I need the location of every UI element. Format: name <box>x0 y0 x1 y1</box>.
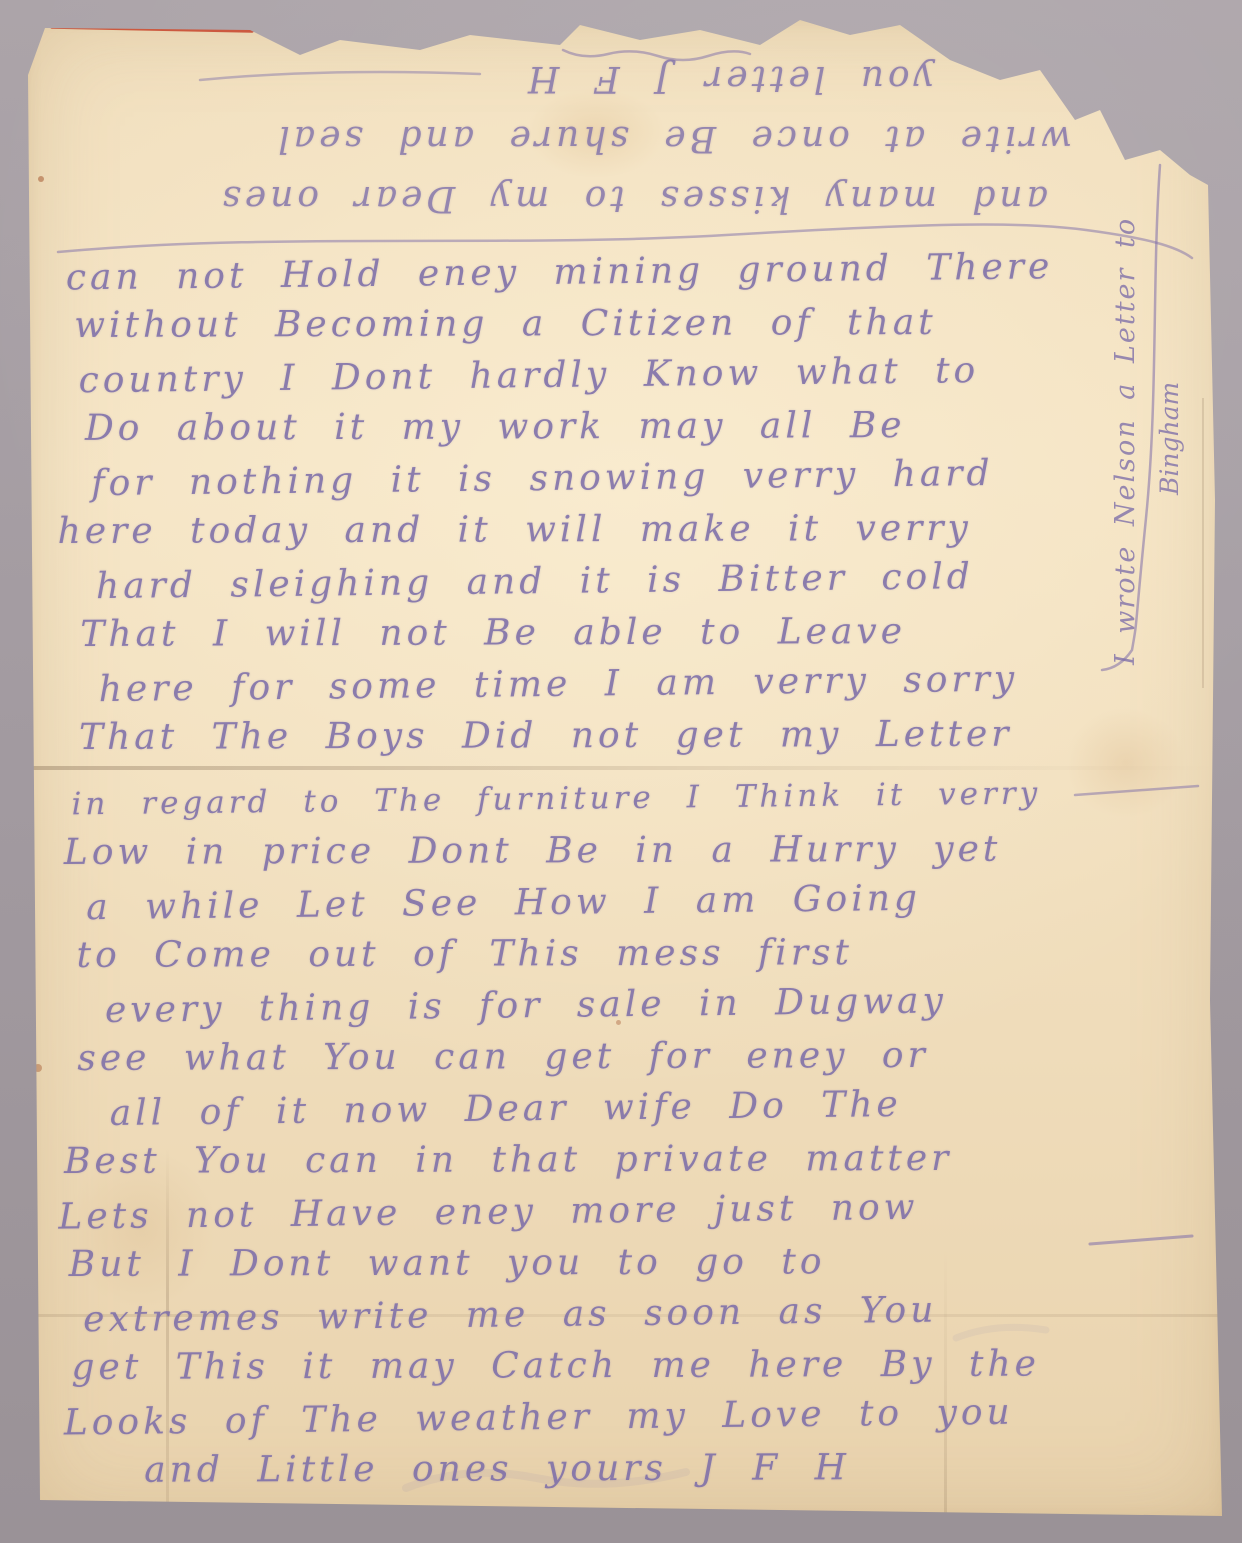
body-line: for nothing it is snowing verry hard <box>51 445 1217 510</box>
body-line: That I will not Be able to Leave <box>52 604 1217 660</box>
body-line: here today and it will make it verry <box>52 501 1217 557</box>
body-line: in regard to The furniture I Think it ve… <box>53 766 1219 831</box>
body-line: can not Hold eney mining ground There <box>50 239 1216 304</box>
body-line: Low in price Dont Be in a Hurry yet <box>54 822 1219 878</box>
body-line: Lets not Have eney more just now <box>56 1178 1222 1243</box>
body-line: see what You can get for eney or <box>55 1028 1220 1084</box>
body-line: without Becoming a Citizen of that <box>50 295 1215 351</box>
body-line: get This it may Catch me here By the <box>57 1337 1222 1393</box>
body-line: every thing is for sale in Dugway <box>55 972 1221 1037</box>
body-line: country I Dont hardly Know what to <box>50 342 1216 407</box>
red-edge-mark <box>52 27 252 31</box>
body-line: hard sleighing and it is Bitter cold <box>52 548 1218 613</box>
body-line: here for some time I am verry sorry <box>52 651 1218 716</box>
body-line: and Little ones yours J F H <box>58 1440 1223 1496</box>
body-line: But I Dont want you to go to <box>57 1234 1222 1290</box>
body-line: Best You can in that private matter <box>56 1131 1221 1187</box>
letter-page: and many kisses to my Dear ones write at… <box>26 18 1224 1520</box>
body-line: all of it now Dear wife Do The <box>55 1075 1221 1140</box>
body-line: a while Let See How I am Going <box>54 869 1220 934</box>
margin-note-rotated: I wrote Nelson a Letter to Bingham <box>1102 150 1202 665</box>
letter-body: can not Hold eney mining ground There wi… <box>50 242 1224 1498</box>
body-line: Do about it my work may all Be <box>51 398 1216 454</box>
body-line: extremes write me as soon as You <box>57 1281 1223 1346</box>
photo-background: { "palette": { "background": "#a29aa0", … <box>0 0 1242 1543</box>
margin-note-line: I wrote Nelson a Letter to <box>1102 150 1150 665</box>
body-line: That The Boys Did not get my Letter <box>53 707 1218 763</box>
body-line: to Come out of This mess first <box>54 925 1219 981</box>
margin-note: I wrote Nelson a Letter to Bingham <box>1102 150 1202 665</box>
postscript-line: you letter J F H <box>56 48 1196 108</box>
margin-note-line: Bingham <box>1150 150 1190 665</box>
postscript-line: write at once Be shure and seal <box>56 108 1196 168</box>
upside-down-postscript: and many kisses to my Dear ones write at… <box>56 48 1196 228</box>
body-line: Looks of The weather my Love to you <box>58 1384 1224 1449</box>
postscript-line: and many kisses to my Dear ones <box>56 168 1196 228</box>
